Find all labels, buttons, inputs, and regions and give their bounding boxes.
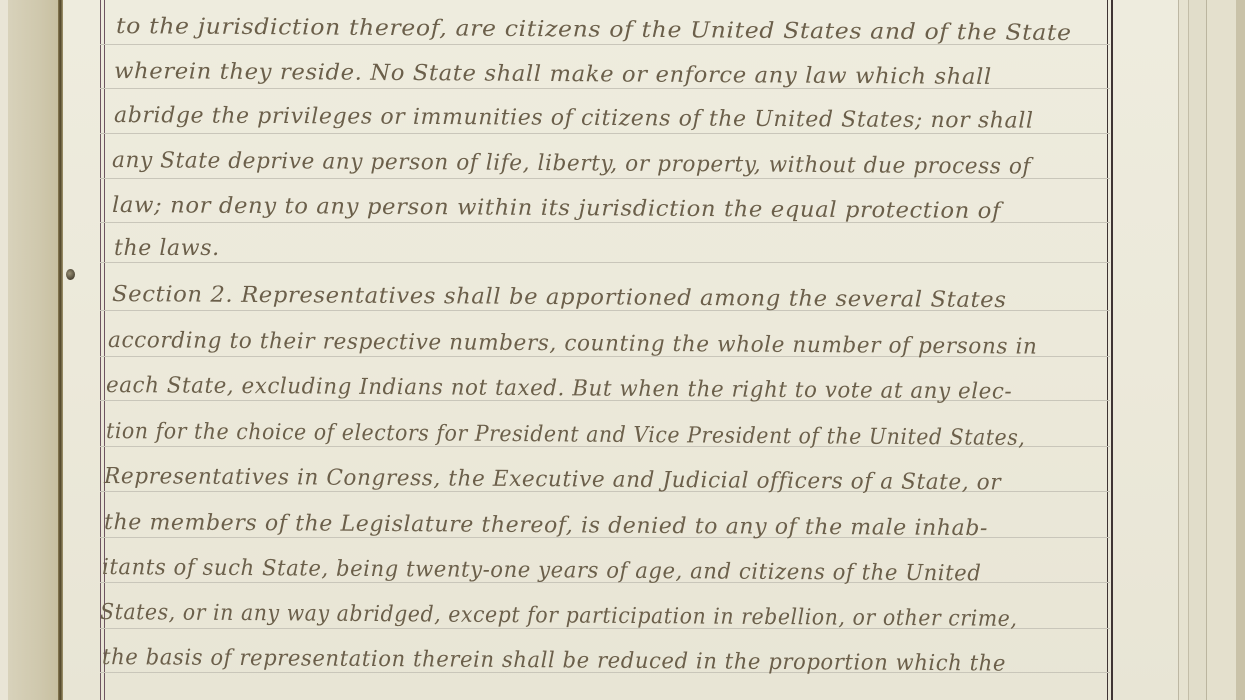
stacked-page-edges bbox=[1178, 0, 1245, 700]
handwritten-line: the laws. bbox=[114, 236, 220, 261]
document-photo: to the jurisdiction thereof, are citizen… bbox=[0, 0, 1245, 700]
right-margin-rule bbox=[1107, 0, 1113, 700]
binding-pin bbox=[66, 269, 75, 280]
page-edge bbox=[1188, 0, 1207, 700]
page-edge bbox=[1206, 0, 1237, 700]
book-binding bbox=[8, 0, 60, 700]
page-edge bbox=[1236, 0, 1245, 700]
left-margin-rule bbox=[100, 0, 105, 700]
